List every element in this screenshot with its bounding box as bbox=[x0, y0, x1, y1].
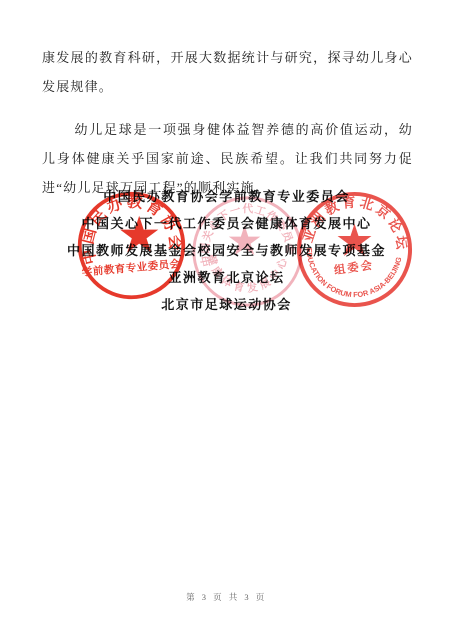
organization-line: 中国民办教育协会学前教育专业委员会 bbox=[0, 183, 453, 210]
organization-line: 北京市足球运动协会 bbox=[0, 291, 453, 318]
organization-line: 亚洲教育北京论坛 bbox=[0, 264, 453, 291]
paragraph-1: 康发展的教育科研，开展大数据统计与研究，探寻幼儿身心发展规律。 bbox=[42, 43, 413, 101]
organization-line: 中国教师发展基金会校园安全与教师发展专项基金 bbox=[0, 237, 453, 264]
signatory-organizations: 中国民办教育协会学前教育专业委员会 中国关心下一代工作委员会健康体育发展中心 中… bbox=[0, 183, 453, 318]
document-text: 康发展的教育科研，开展大数据统计与研究，探寻幼儿身心发展规律。 幼儿足球是一项强… bbox=[42, 43, 413, 202]
organization-line: 中国关心下一代工作委员会健康体育发展中心 bbox=[0, 210, 453, 237]
page-footer: 第 3 页 共 3 页 bbox=[0, 591, 453, 603]
